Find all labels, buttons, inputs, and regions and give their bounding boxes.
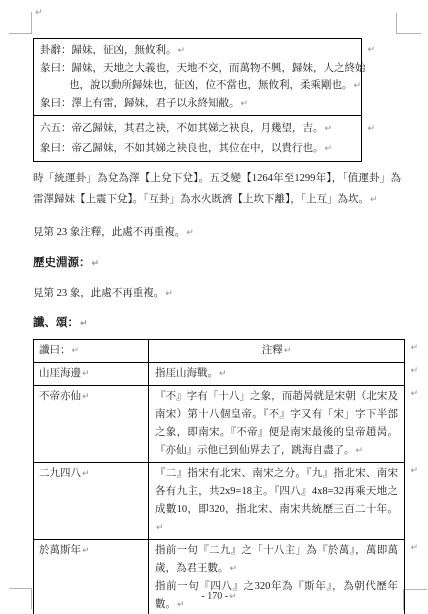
note-text: 『二』指宋有北宋、南宋之分。『九』指北宋、南宋各有九主，共2x9=18主。『四八… bbox=[155, 468, 398, 515]
paragraph-mark: ↵ bbox=[356, 446, 364, 456]
page-number: - 170 -↵ bbox=[33, 591, 405, 602]
table-header-term-cell: 讖曰：↵ bbox=[34, 340, 149, 362]
note-cell: 指前一句『二九』之「十八主」為『於萬』，萬即萬歲，為君王數。↵指前一句『四八』之… bbox=[149, 540, 404, 614]
row-end-mark: ↵ bbox=[410, 366, 418, 376]
table-header-row: 讖曰：↵注釋↵↵ bbox=[34, 340, 404, 362]
paragraph-mark: ↵ bbox=[35, 8, 43, 18]
term-cell: 山厓海邊↵ bbox=[34, 363, 149, 385]
hexagram-line: 彖曰：歸妹，天地之大義也，天地不交，而萬物不興，歸妹，人之終始 bbox=[40, 60, 355, 77]
row-end-mark: ↵ bbox=[410, 343, 418, 353]
note-paragraph: 指厓山海戰。↵ bbox=[155, 365, 398, 383]
page-content: 卦辭：歸妹，征凶，無攸利。↵彖曰：歸妹，天地之大義也，天地不交，而萬物不興，歸妹… bbox=[33, 38, 405, 614]
hexagram-line: 也，說以動所歸妹也，征凶，位不當也，無攸利，柔乘剛也。↵ bbox=[40, 77, 355, 95]
chan-annotation-table: 讖曰：↵注釋↵↵山厓海邊↵指厓山海戰。↵↵不帝亦仙↵『不』字有「十八」之象，而趙… bbox=[33, 339, 405, 614]
paragraph-mark: ↵ bbox=[178, 46, 186, 56]
hexagram-line-text: 彖曰：歸妹，天地之大義也，天地不交，而萬物不興，歸妹，人之終始 bbox=[40, 63, 366, 74]
term-text: 於萬斯年 bbox=[39, 545, 81, 556]
row-end-mark: ↵ bbox=[410, 389, 418, 399]
heading-text: 歷史淵源： bbox=[33, 257, 91, 269]
hexagram-line-text: 象曰：澤上有雷，歸妹，君子以永終知敝。 bbox=[40, 98, 240, 109]
document-page: ↵ 卦辭：歸妹，征凶，無攸利。↵彖曰：歸妹，天地之大義也，天地不交，而萬物不興，… bbox=[0, 0, 428, 614]
hexagram-line: 六五：帝乙歸妹，其君之袂，不如其娣之袂良，月幾望，吉。↵ bbox=[40, 119, 355, 139]
note-text: 指前一句『二九』之「十八主」為『於萬』，萬即萬歲，為君王數。 bbox=[155, 545, 398, 574]
hexagram-line-text: 也，說以動所歸妹也，征凶，位不當也，無攸利，柔乘剛也。 bbox=[69, 80, 353, 91]
header-notes-text: 注釋 bbox=[262, 345, 283, 356]
table-row: 不帝亦仙↵『不』字有「十八」之象，而趙昺就是宋朝（北宋及南宋）第十八個皇帝。『不… bbox=[34, 385, 404, 462]
hexagram-line: 象曰：帝乙歸妹，不如其娣之袂良也，其位在中，以貴行也。↵ bbox=[40, 139, 355, 159]
paragraph-mark: ↵ bbox=[325, 144, 333, 154]
note-paragraph: 指前一句『二九』之「十八主」為『於萬』，萬即萬歲，為君王數。↵ bbox=[155, 542, 398, 578]
heading-history: 歷史淵源：↵ bbox=[33, 255, 405, 272]
paragraph-mark: ↵ bbox=[82, 369, 90, 379]
heading-chan-song: 讖、頌：↵ bbox=[33, 315, 405, 332]
paragraph-mark: ↵ bbox=[354, 81, 362, 91]
paragraph-mark: ↵ bbox=[82, 469, 90, 479]
paragraph-yun-gua: 時「統運卦」為兌為澤【上兌下兌】。五爻變【1264年至1299年】，「值運卦」為… bbox=[33, 168, 401, 211]
paragraph-see-note-1: 見第 23 象注釋，此處不再重複。↵ bbox=[33, 222, 401, 244]
paragraph-mark: ↵ bbox=[82, 546, 90, 556]
term-cell: 二九四八↵ bbox=[34, 463, 149, 539]
crop-mark-bottom-left bbox=[9, 588, 32, 609]
note-paragraph: 『二』指宋有北宋、南宋之分。『九』指北宋、南宋各有九主，共2x9=18主。『四八… bbox=[155, 465, 398, 537]
paragraph-text: 見第 23 象，此處不再重複。 bbox=[33, 288, 164, 299]
crop-mark-top-left bbox=[9, 12, 32, 34]
crop-mark-top-right bbox=[396, 13, 421, 34]
term-text: 二九四八 bbox=[39, 468, 81, 479]
row-end-mark: ↵ bbox=[410, 466, 418, 476]
term-cell: 不帝亦仙↵ bbox=[34, 386, 149, 462]
row-end-mark: ↵ bbox=[410, 543, 418, 553]
table-row: 於萬斯年↵指前一句『二九』之「十八主」為『於萬』，萬即萬歲，為君王數。↵指前一句… bbox=[34, 539, 404, 614]
paragraph-mark: ↵ bbox=[156, 523, 164, 533]
paragraph-mark: ↵ bbox=[82, 392, 90, 402]
hexagram-box-section: 卦辭：歸妹，征凶，無攸利。↵彖曰：歸妹，天地之大義也，天地不交，而萬物不興，歸妹… bbox=[34, 39, 361, 115]
paragraph-mark: ↵ bbox=[230, 564, 238, 574]
note-text: 指厓山海戰。 bbox=[155, 368, 218, 379]
hexagram-line: 象曰：澤上有雷，歸妹，君子以永終知敝。↵ bbox=[40, 95, 355, 113]
paragraph-mark: ↵ bbox=[92, 259, 100, 269]
hexagram-box-section: 六五：帝乙歸妹，其君之袂，不如其娣之袂良，月幾望，吉。↵象曰：帝乙歸妹，不如其娣… bbox=[34, 115, 361, 161]
table-row: 山厓海邊↵指厓山海戰。↵↵ bbox=[34, 362, 404, 385]
paragraph-mark: ↵ bbox=[284, 346, 292, 356]
heading-text: 讖、頌： bbox=[33, 317, 79, 329]
paragraph-see-note-2: 見第 23 象，此處不再重複。↵ bbox=[33, 283, 401, 305]
paragraph-mark: ↵ bbox=[219, 369, 227, 379]
term-text: 不帝亦仙 bbox=[39, 391, 81, 402]
paragraph-mark: ↵ bbox=[241, 99, 249, 109]
table-header-notes-cell: 注釋↵ bbox=[149, 340, 404, 362]
hexagram-text-box: 卦辭：歸妹，征凶，無攸利。↵彖曰：歸妹，天地之大義也，天地不交，而萬物不興，歸妹… bbox=[33, 38, 362, 162]
row-end-mark: ↵ bbox=[367, 119, 375, 139]
paragraph-text: 見第 23 象注釋，此處不再重複。 bbox=[33, 227, 185, 238]
paragraph-mark: ↵ bbox=[229, 592, 237, 602]
page-number-text: - 170 - bbox=[201, 591, 228, 602]
paragraph-text: 時「統運卦」為兌為澤【上兌下兌】。五爻變【1264年至1299年】，「值運卦」為… bbox=[33, 173, 401, 205]
term-cell: 於萬斯年↵ bbox=[34, 540, 149, 614]
term-text: 山厓海邊 bbox=[39, 368, 81, 379]
paragraph-mark: ↵ bbox=[325, 124, 333, 134]
note-cell: 指厓山海戰。↵ bbox=[149, 363, 404, 385]
note-cell: 『不』字有「十八」之象，而趙昺就是宋朝（北宋及南宋）第十八個皇帝。『不』字又有「… bbox=[149, 386, 404, 462]
paragraph-mark: ↵ bbox=[370, 195, 378, 205]
header-term-text: 讖曰： bbox=[39, 345, 71, 356]
paragraph-mark: ↵ bbox=[186, 228, 194, 238]
paragraph-mark: ↵ bbox=[80, 319, 88, 329]
hexagram-line-text: 六五：帝乙歸妹，其君之袂，不如其娣之袂良，月幾望，吉。 bbox=[40, 123, 324, 134]
note-cell: 『二』指宋有北宋、南宋之分。『九』指北宋、南宋各有九主，共2x9=18主。『四八… bbox=[149, 463, 404, 539]
table-row: 二九四八↵『二』指宋有北宋、南宋之分。『九』指北宋、南宋各有九主，共2x9=18… bbox=[34, 462, 404, 539]
note-paragraph: 『不』字有「十八」之象，而趙昺就是宋朝（北宋及南宋）第十八個皇帝。『不』字又有「… bbox=[155, 388, 398, 460]
hexagram-line-text: 象曰：帝乙歸妹，不如其娣之袂良也，其位在中，以貴行也。 bbox=[40, 143, 324, 154]
hexagram-line-text: 卦辭：歸妹，征凶，無攸利。 bbox=[40, 45, 177, 56]
hexagram-line: 卦辭：歸妹，征凶，無攸利。↵ bbox=[40, 42, 355, 60]
crop-mark-bottom-right bbox=[403, 589, 427, 610]
paragraph-mark: ↵ bbox=[165, 289, 173, 299]
row-end-mark: ↵ bbox=[367, 42, 375, 59]
paragraph-mark: ↵ bbox=[72, 346, 80, 356]
